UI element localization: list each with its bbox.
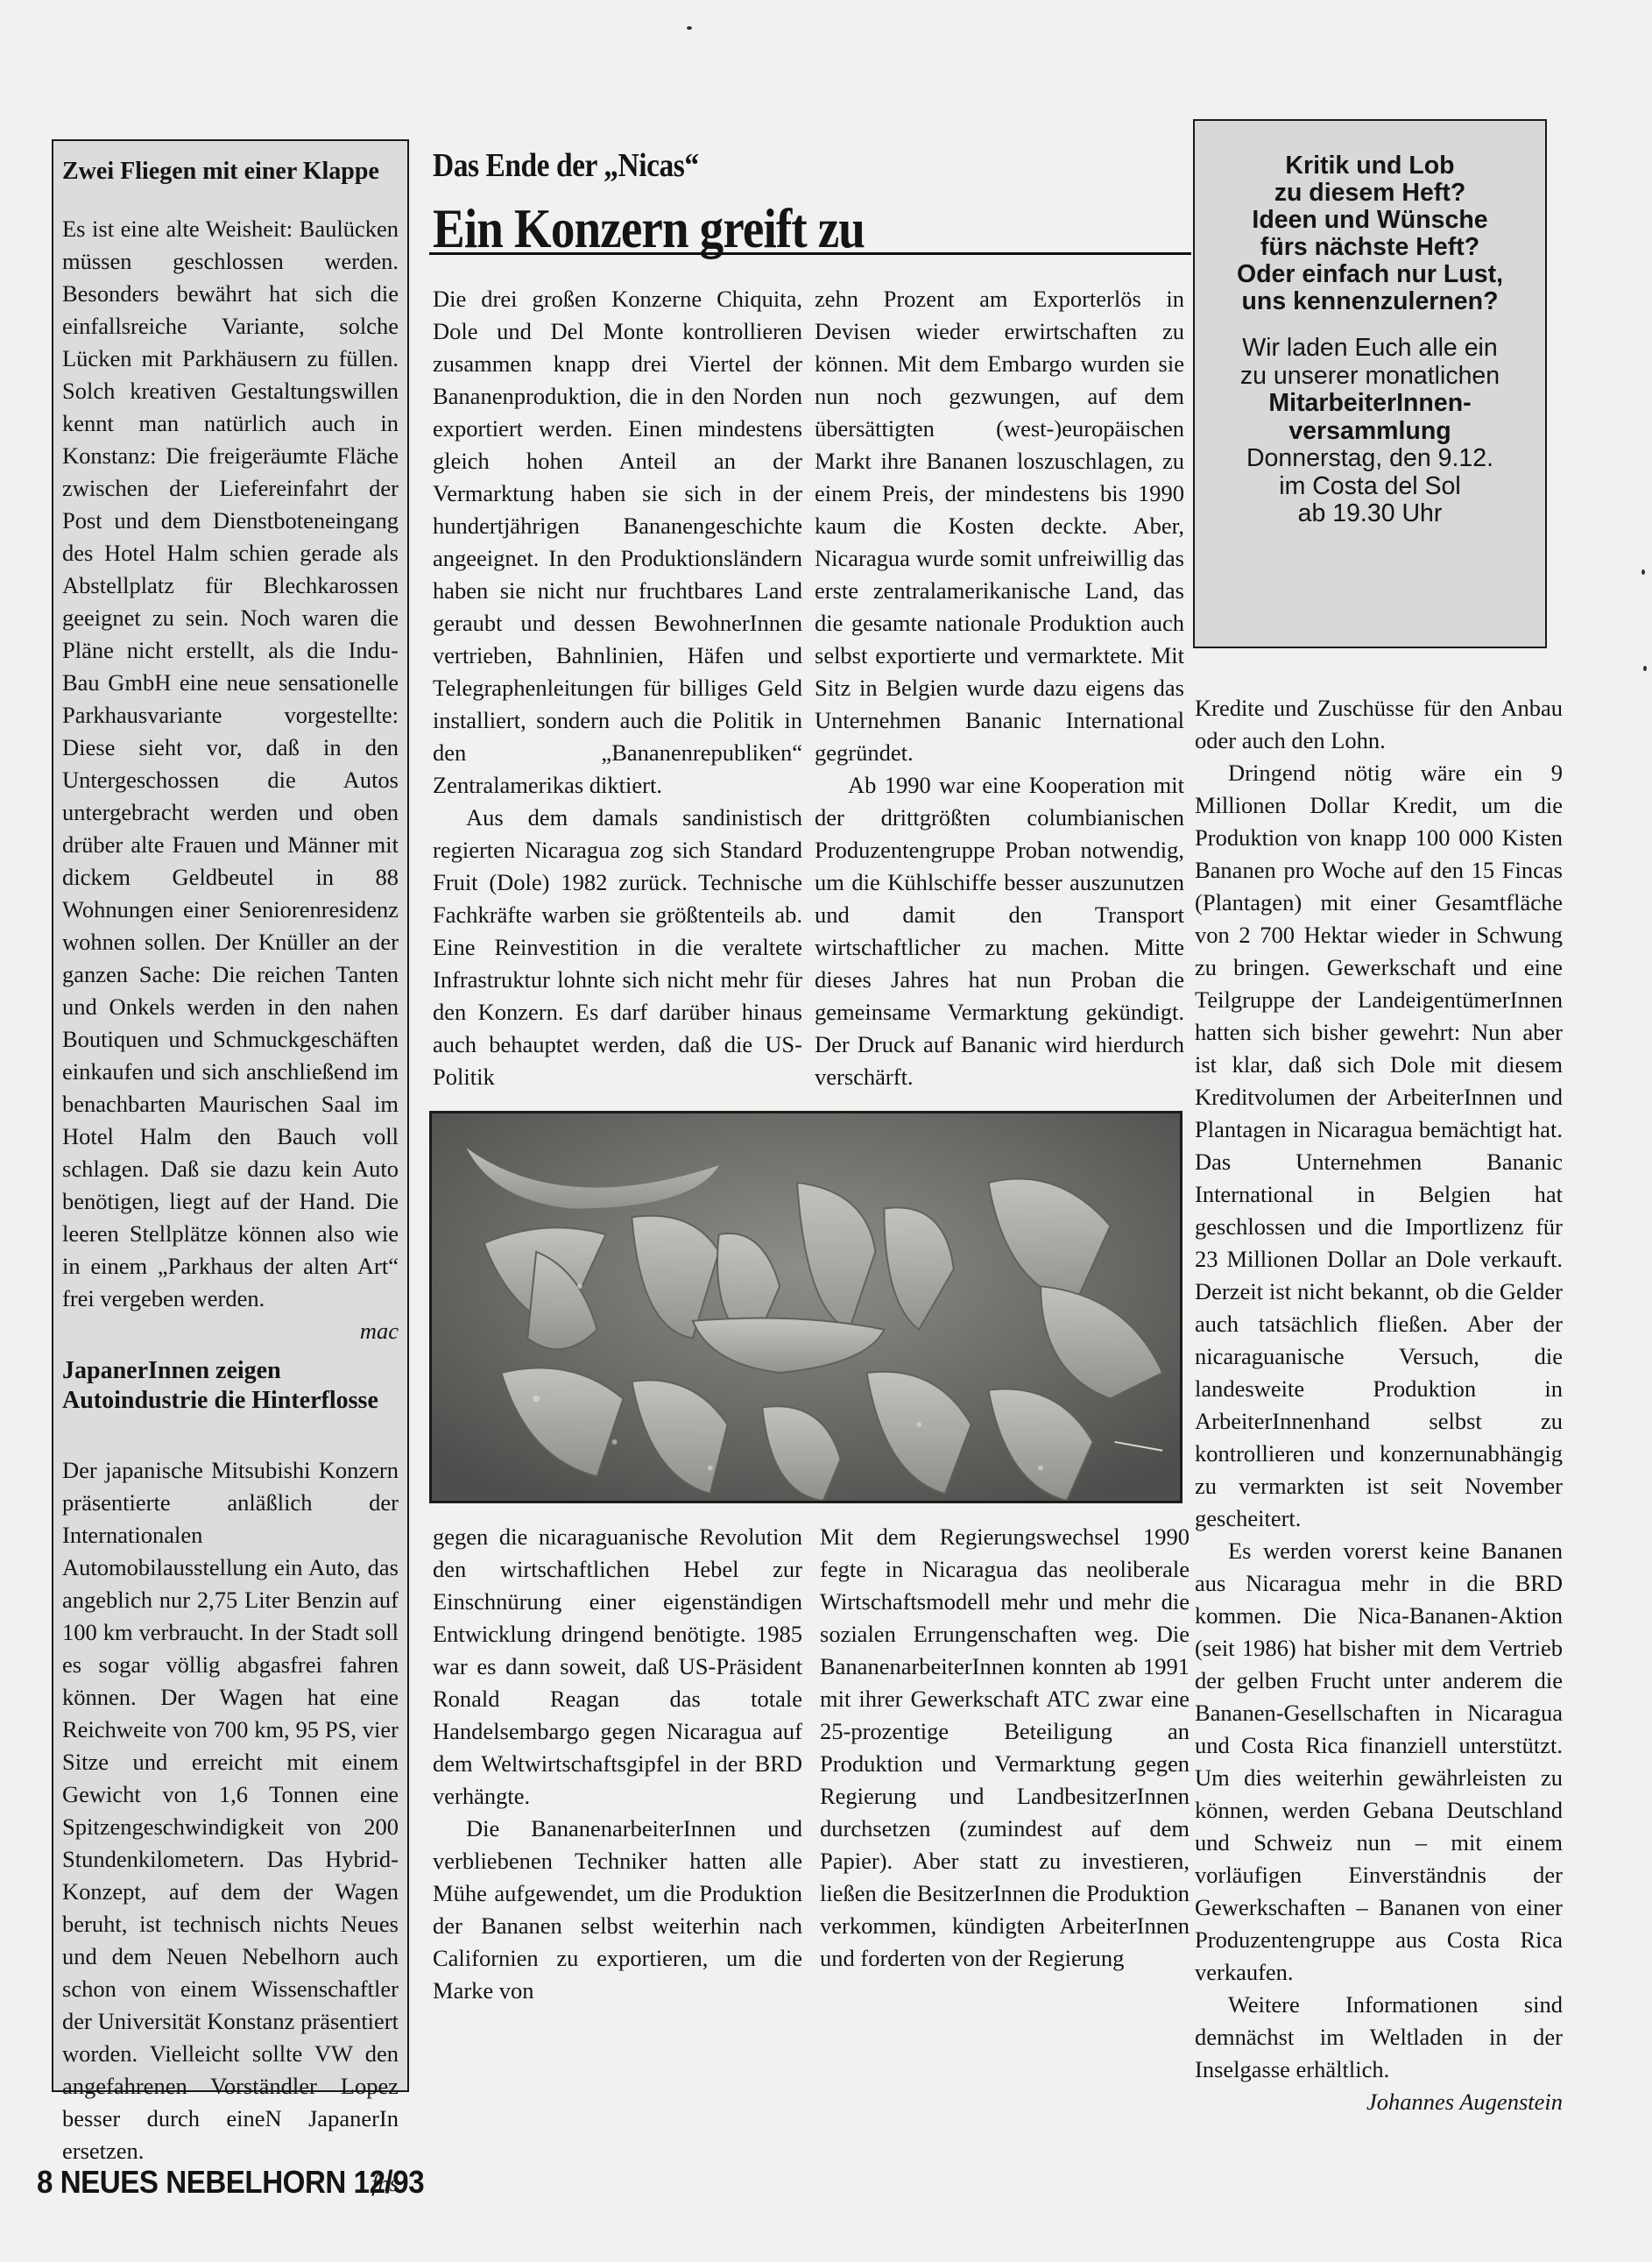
- author-signature-mac: mac: [62, 1315, 399, 1347]
- announcement-question-line: zu diesem Heft?: [1195, 180, 1545, 207]
- article-paragraph: Ab 1990 war eine Kooperation mit der dri…: [815, 769, 1184, 1093]
- announcement-question-line: Kritik und Lob: [1195, 152, 1545, 180]
- announcement-invitation-line: Wir laden Euch alle ein: [1195, 335, 1545, 363]
- article-paragraph: Dringend nötig wäre ein 9 Millionen Doll…: [1195, 757, 1563, 1535]
- announcement-venue: im Costa del Sol: [1195, 473, 1545, 501]
- page-footer: 8 NEUES NEBELHORN 12/93: [37, 2164, 424, 2201]
- article-paragraph: zehn Prozent am Exporterlös in Devisen w…: [815, 283, 1184, 769]
- article-column-5: Kredite und Zuschüsse für den Anbau oder…: [1195, 692, 1563, 2118]
- banana-bunches-image: [432, 1113, 1180, 1501]
- article-paragraph: Weitere Informationen sind demnächst im …: [1195, 1989, 1563, 2086]
- announcement-event-name: versammlung: [1195, 418, 1545, 446]
- announcement-question-line: Oder einfach nur Lust,: [1195, 261, 1545, 288]
- article-body-zwei-fliegen: Es ist eine alte Weisheit: Baulücken müs…: [62, 213, 399, 1315]
- announcement-question-line: Ideen und Wünsche: [1195, 207, 1545, 234]
- announcement-event-name: MitarbeiterInnen-: [1195, 390, 1545, 418]
- announcement-question-line: fürs nächste Heft?: [1195, 234, 1545, 261]
- sidebar-news-box: Zwei Fliegen mit einer Klappe Es ist ein…: [52, 139, 409, 2092]
- bananas-photo: [429, 1111, 1183, 1503]
- article-paragraph: gegen die nicaraguanische Revolution den…: [433, 1521, 802, 1813]
- article-paragraph: Die BananenarbeiterInnen und verbliebene…: [433, 1813, 802, 2007]
- announcement-question-line: uns kennenzulernen?: [1195, 288, 1545, 315]
- article-column-2: zehn Prozent am Exporterlös in Devisen w…: [815, 283, 1184, 1093]
- announcement-time: ab 19.30 Uhr: [1195, 500, 1545, 528]
- headline-divider: [429, 252, 1191, 255]
- article-heading-zwei-fliegen: Zwei Fliegen mit einer Klappe: [62, 157, 399, 187]
- scan-artifact: [687, 26, 692, 30]
- announcement-invitation-line: zu unserer monatlichen: [1195, 363, 1545, 391]
- scan-artifact: [1643, 666, 1647, 671]
- author-byline: Johannes Augenstein: [1195, 2086, 1563, 2118]
- article-kicker: Das Ende der „Nicas“: [433, 147, 699, 184]
- article-headline: Ein Konzern greift zu: [433, 198, 865, 259]
- scan-artifact: [1641, 569, 1645, 575]
- announcement-box: Kritik und Lob zu diesem Heft? Ideen und…: [1193, 119, 1547, 648]
- article-paragraph: Aus dem damals sandinistisch regierten N…: [433, 802, 802, 1093]
- article-paragraph: Es werden vorerst keine Bananen aus Nica…: [1195, 1535, 1563, 1989]
- spacer: [1195, 315, 1545, 335]
- article-column-4: Mit dem Regierungswechsel 1990 fegte in …: [820, 1521, 1190, 1975]
- article-paragraph: Kredite und Zuschüsse für den Anbau oder…: [1195, 692, 1563, 757]
- announcement-date: Donnerstag, den 9.12.: [1195, 445, 1545, 473]
- article-column-1: Die drei großen Konzerne Chiquita, Dole …: [433, 283, 802, 1093]
- article-column-3: gegen die nicaraguanische Revolution den…: [433, 1521, 802, 2007]
- article-paragraph: Die drei großen Konzerne Chiquita, Dole …: [433, 283, 802, 802]
- article-heading-japanerinnen: JapanerInnen zeigen Autoindustrie die Hi…: [62, 1356, 399, 1416]
- article-paragraph: Mit dem Regierungswechsel 1990 fegte in …: [820, 1521, 1190, 1975]
- article-body-japanerinnen: Der japanische Mitsubishi Konzern präsen…: [62, 1454, 399, 2167]
